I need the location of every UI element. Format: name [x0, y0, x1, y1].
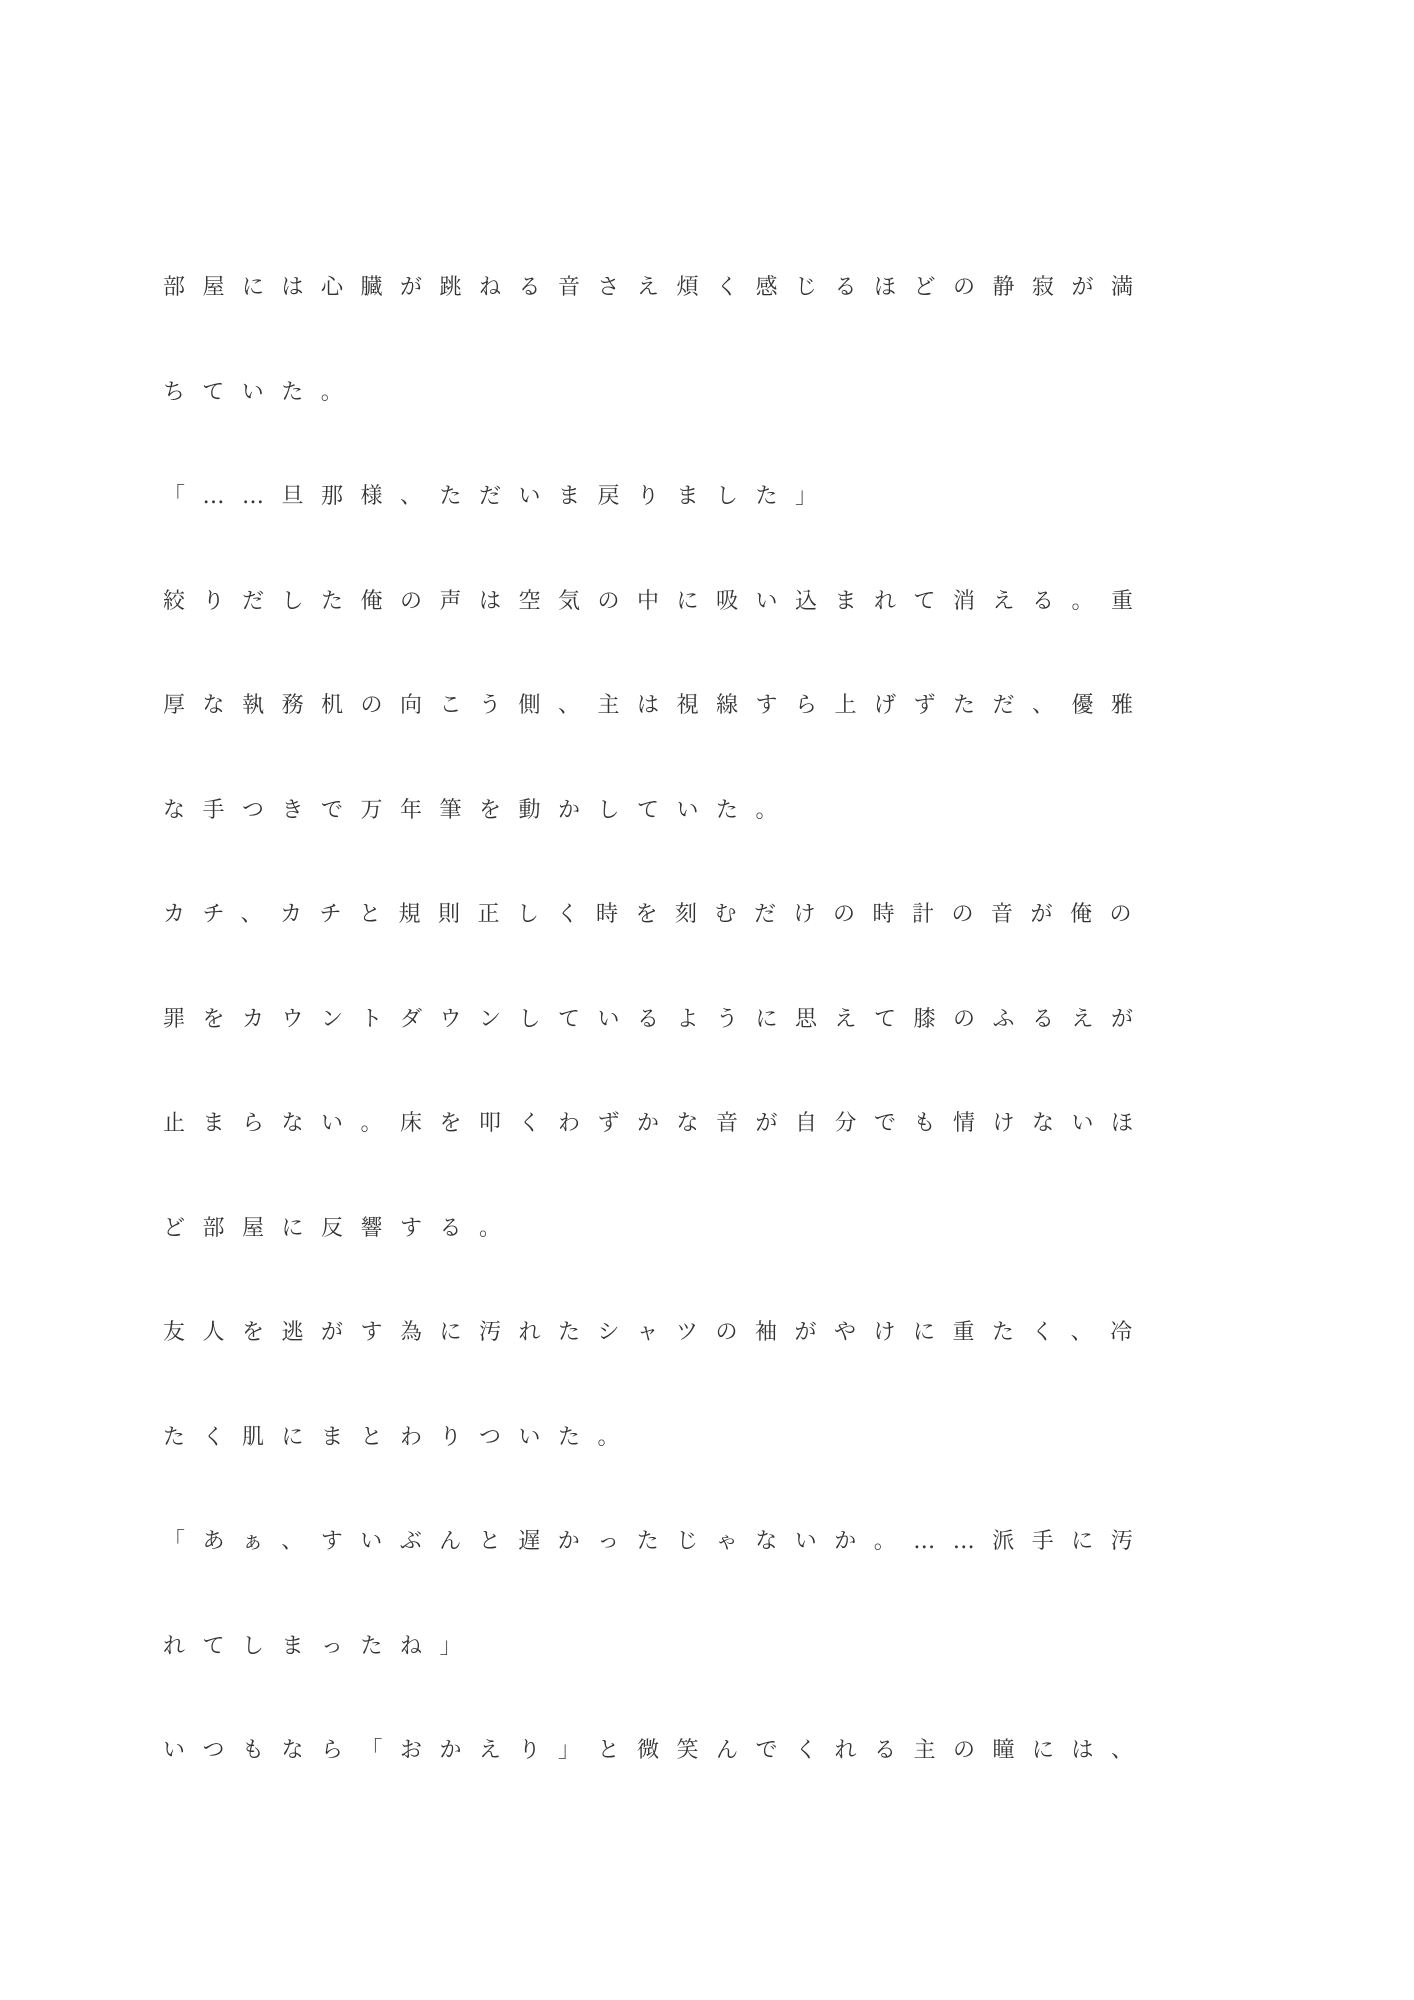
- text-line: ど部屋に反響する。: [163, 1177, 1263, 1282]
- text-line: 罪をカウントダウンしているように思えて膝のふるえが: [163, 968, 1263, 1073]
- text-line: いつもなら「おかえり」と微笑んでくれる主の瞳には、: [163, 1699, 1263, 1804]
- text-line: な手つきで万年筆を動かしていた。: [163, 759, 1263, 864]
- text-block: 部屋には心臓が跳ねる音さえ煩く感じるほどの静寂が満 ちていた。 「……旦那様、た…: [163, 236, 1263, 1804]
- text-line: たく肌にまとわりついた。: [163, 1386, 1263, 1491]
- text-line: れてしまったね」: [163, 1595, 1263, 1700]
- document-page: 部屋には心臓が跳ねる音さえ煩く感じるほどの静寂が満 ちていた。 「……旦那様、た…: [0, 0, 1414, 2000]
- text-line: カチ、カチと規則正しく時を刻むだけの時計の音が俺の: [163, 863, 1263, 968]
- text-line: 止まらない。床を叩くわずかな音が自分でも情けないほ: [163, 1072, 1263, 1177]
- text-line: 絞りだした俺の声は空気の中に吸い込まれて消える。重: [163, 550, 1263, 655]
- text-line: 部屋には心臓が跳ねる音さえ煩く感じるほどの静寂が満: [163, 236, 1263, 341]
- text-line: 厚な執務机の向こう側、主は視線すら上げずただ、優雅: [163, 654, 1263, 759]
- text-line: 「……旦那様、ただいま戻りました」: [163, 445, 1263, 550]
- text-line: 「あぁ、すいぶんと遅かったじゃないか。……派手に汚: [163, 1490, 1263, 1595]
- text-line: ちていた。: [163, 341, 1263, 446]
- text-line: 友人を逃がす為に汚れたシャツの袖がやけに重たく、冷: [163, 1281, 1263, 1386]
